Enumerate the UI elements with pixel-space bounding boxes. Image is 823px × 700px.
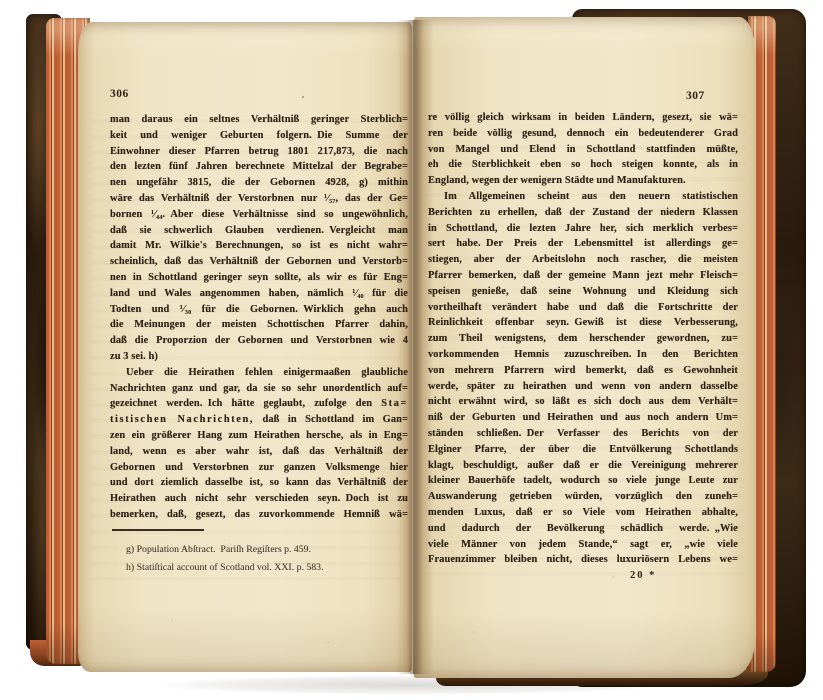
text-line: und dort ziemlich dasselbe ist, so kann … [110,475,408,491]
book-photo: 306 307 man daraus ein seltnes Verhältni… [0,0,823,700]
text-line: Heirathen auch nicht sehr verschieden se… [110,491,408,507]
text-line: Elginer Pfarre, der über die Entvölkerun… [428,442,738,458]
text-line: stiegen, aber der Arbeitslohn noch rasch… [428,252,738,268]
text-line: Todten und ¹⁄₃₀ für die Gebornen. Wirkli… [110,302,408,318]
left-page-footnotes: g) Population Abſtract. Pariſh Regiſters… [126,541,416,576]
text-line: Auswanderung getrieben würden, vorzüglic… [428,489,738,505]
text-line: niß der Geburten und Heirathen und aus n… [428,410,738,426]
text-line: land und Wales angenommen haben, nämlich… [110,286,408,302]
text-line: kleiner Bauerhöfe tadelt, wodurch so vie… [428,473,738,489]
text-line: scheinlich, daß das Verhältniß der Gebor… [110,254,408,270]
text-line: speisen genieße, daß seine Wohnung und K… [428,284,738,300]
text-line: klagt, beschuldigt, außer daß er die Ver… [428,458,738,474]
text-line: man daraus ein seltnes Verhältniß gering… [110,112,408,128]
text-line: England, wegen der wenigern Städte und M… [428,173,738,189]
text-line: viele Männer von jedem Stande,“ sagt er,… [428,537,738,553]
text-line: Frauenzimmer bleiben nicht, dieses luxur… [428,552,738,568]
text-line: sert habe. Der Preis der Lebensmittel is… [428,236,738,252]
text-line: den lezten fünf Jahren berechnete Mittel… [110,159,408,175]
text-line: re völlig gleich wirksam in beiden Lände… [428,110,738,126]
text-line: ren beide völlig gesund, dennoch ein bed… [428,126,738,142]
text-line: nen in Schottland geringer seyn sollte, … [110,270,408,286]
text-line: Reinlichkeit offenbar seyn. Gewiß ist di… [428,315,738,331]
text-line: zum Theil wenigstens, dem herschender ge… [428,331,738,347]
text-line: Einwohner dieser Pfarren betrug 1801 217… [110,144,408,160]
text-line: damit Mr. Wilkie's Berechnungen, so ist … [110,238,408,254]
text-line: von mehrern Pfarrern wird bemerkt, daß e… [428,363,738,379]
text-line: tistischen Nachrichten, daß in Schottlan… [110,412,408,428]
page-number-right: 307 [686,90,705,102]
text-line: ständen schließen. Der Verfasser des Ber… [428,426,738,442]
text-line: keit und weniger Geburten folgern. Die S… [110,128,408,144]
text-line: Pfarrer bemerken, daß der gemeine Mann j… [428,268,738,284]
text-line: daß die Proporzion der Gebornen und Vers… [110,333,408,349]
text-line: zen ein größerer Hang zum Heirathen hers… [110,428,408,444]
text-line: daß sie schwerlich Glauben verdienen. Ve… [110,223,408,239]
page-number-left: 306 [110,88,129,100]
text-line: Ueber die Heirathen fehlen einigermaaßen… [110,365,408,381]
text-line: wäre das Verhältniß der Verstorbnen nur … [110,191,408,207]
right-page-text: re völlig gleich wirksam in beiden Lände… [428,110,738,568]
text-line: und dadurch der Bevölkerung schädlich we… [428,521,738,537]
text-line: eh die Sterblichkeit eben so hoch steige… [428,157,738,173]
text-line: vortheilhaft verändert habe und daß die … [428,300,738,316]
text-line: bornen ¹⁄₄₄. Aber diese Verhältnisse sin… [110,207,408,223]
text-line: werde, später zu heirathen und wenn von … [428,379,738,395]
text-line: Im Allgemeinen scheint aus den neuern st… [428,189,738,205]
text-line: nen ungefähr 3815, die der Gebornen 4928… [110,175,408,191]
text-line: nicht erwähnt wird, so läßt es sich doch… [428,394,738,410]
text-line: Gebornen und Verstorbnen zur ganzen Volk… [110,460,408,476]
text-line: zu 3 sei. h) [110,349,408,365]
text-line: gezeichnet werden. Ich hätte geglaubt, z… [110,396,408,412]
signature-mark: 20 * [630,570,656,581]
text-line: land, wenn es aber wahr ist, daß das Ver… [110,444,408,460]
text-line: Berichten zu erhellen, daß der Zustand d… [428,205,738,221]
text-line: in Schottland, die lezten Jahre her, sic… [428,221,738,237]
text-line: menden Luxus, daß er so Viele vom Heirat… [428,505,738,521]
text-line: von Mangel und Elend in Schottland statt… [428,142,738,158]
text-line: bemerken, daß, gesezt, das zuvorkommende… [110,507,408,523]
text-line: Nachrichten ganz und gar, da sie so sehr… [110,381,408,397]
letterspaced-emphasis: tistischen Nachrichten, [110,414,254,425]
letterspaced-emphasis: Sta= [381,398,408,409]
footnote: h) Statiſtical account of Scotland vol. … [126,559,416,577]
text-line: vorkommenden Hemnis zuzuschreiben. In de… [428,347,738,363]
text-line: die Meinungen der meisten Schottischen P… [110,317,408,333]
footnote-rule [112,529,204,531]
left-page-text: man daraus ein seltnes Verhältniß gering… [110,112,408,523]
footnote: g) Population Abſtract. Pariſh Regiſters… [126,541,416,559]
